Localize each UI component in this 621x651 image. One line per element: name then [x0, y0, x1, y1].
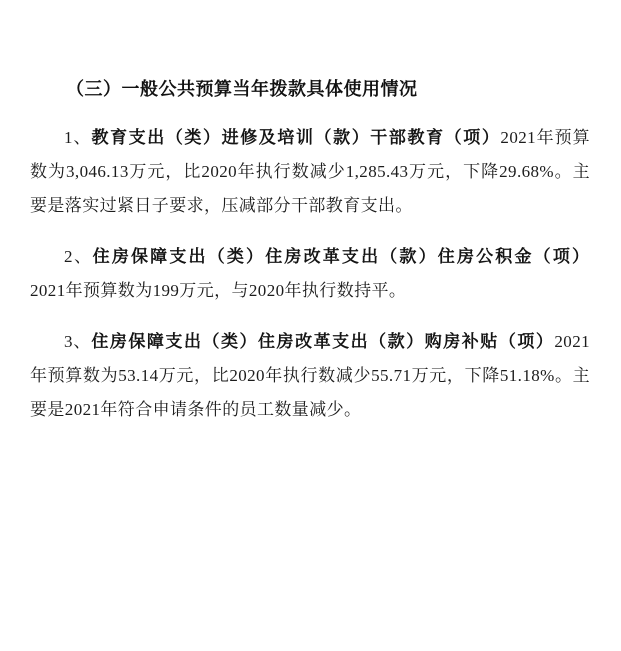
paragraph-2-body: 2021年预算数为199万元，与2020年执行数持平。	[30, 281, 406, 300]
document-page: （三）一般公共预算当年拨款具体使用情况 1、教育支出（类）进修及培训（款）干部教…	[0, 0, 621, 651]
paragraph-1-number: 1、	[64, 128, 91, 147]
paragraph-2-category: 住房保障支出（类）住房改革支出（款）住房公积金（项）	[93, 247, 590, 266]
section-heading: （三）一般公共预算当年拨款具体使用情况	[30, 72, 590, 106]
paragraph-3-number: 3、	[64, 332, 91, 351]
paragraph-3-category: 住房保障支出（类）住房改革支出（款）购房补贴（项）	[91, 332, 554, 351]
paragraph-education-spending: 1、教育支出（类）进修及培训（款）干部教育（项）2021年预算数为3,046.1…	[30, 121, 590, 223]
document-content: （三）一般公共预算当年拨款具体使用情况 1、教育支出（类）进修及培训（款）干部教…	[0, 0, 621, 427]
paragraph-housing-subsidy: 3、住房保障支出（类）住房改革支出（款）购房补贴（项）2021年预算数为53.1…	[30, 325, 590, 427]
paragraph-housing-fund: 2、住房保障支出（类）住房改革支出（款）住房公积金（项）2021年预算数为199…	[30, 240, 590, 308]
paragraph-1-category: 教育支出（类）进修及培训（款）干部教育（项）	[91, 128, 500, 147]
paragraph-2-number: 2、	[64, 247, 93, 266]
